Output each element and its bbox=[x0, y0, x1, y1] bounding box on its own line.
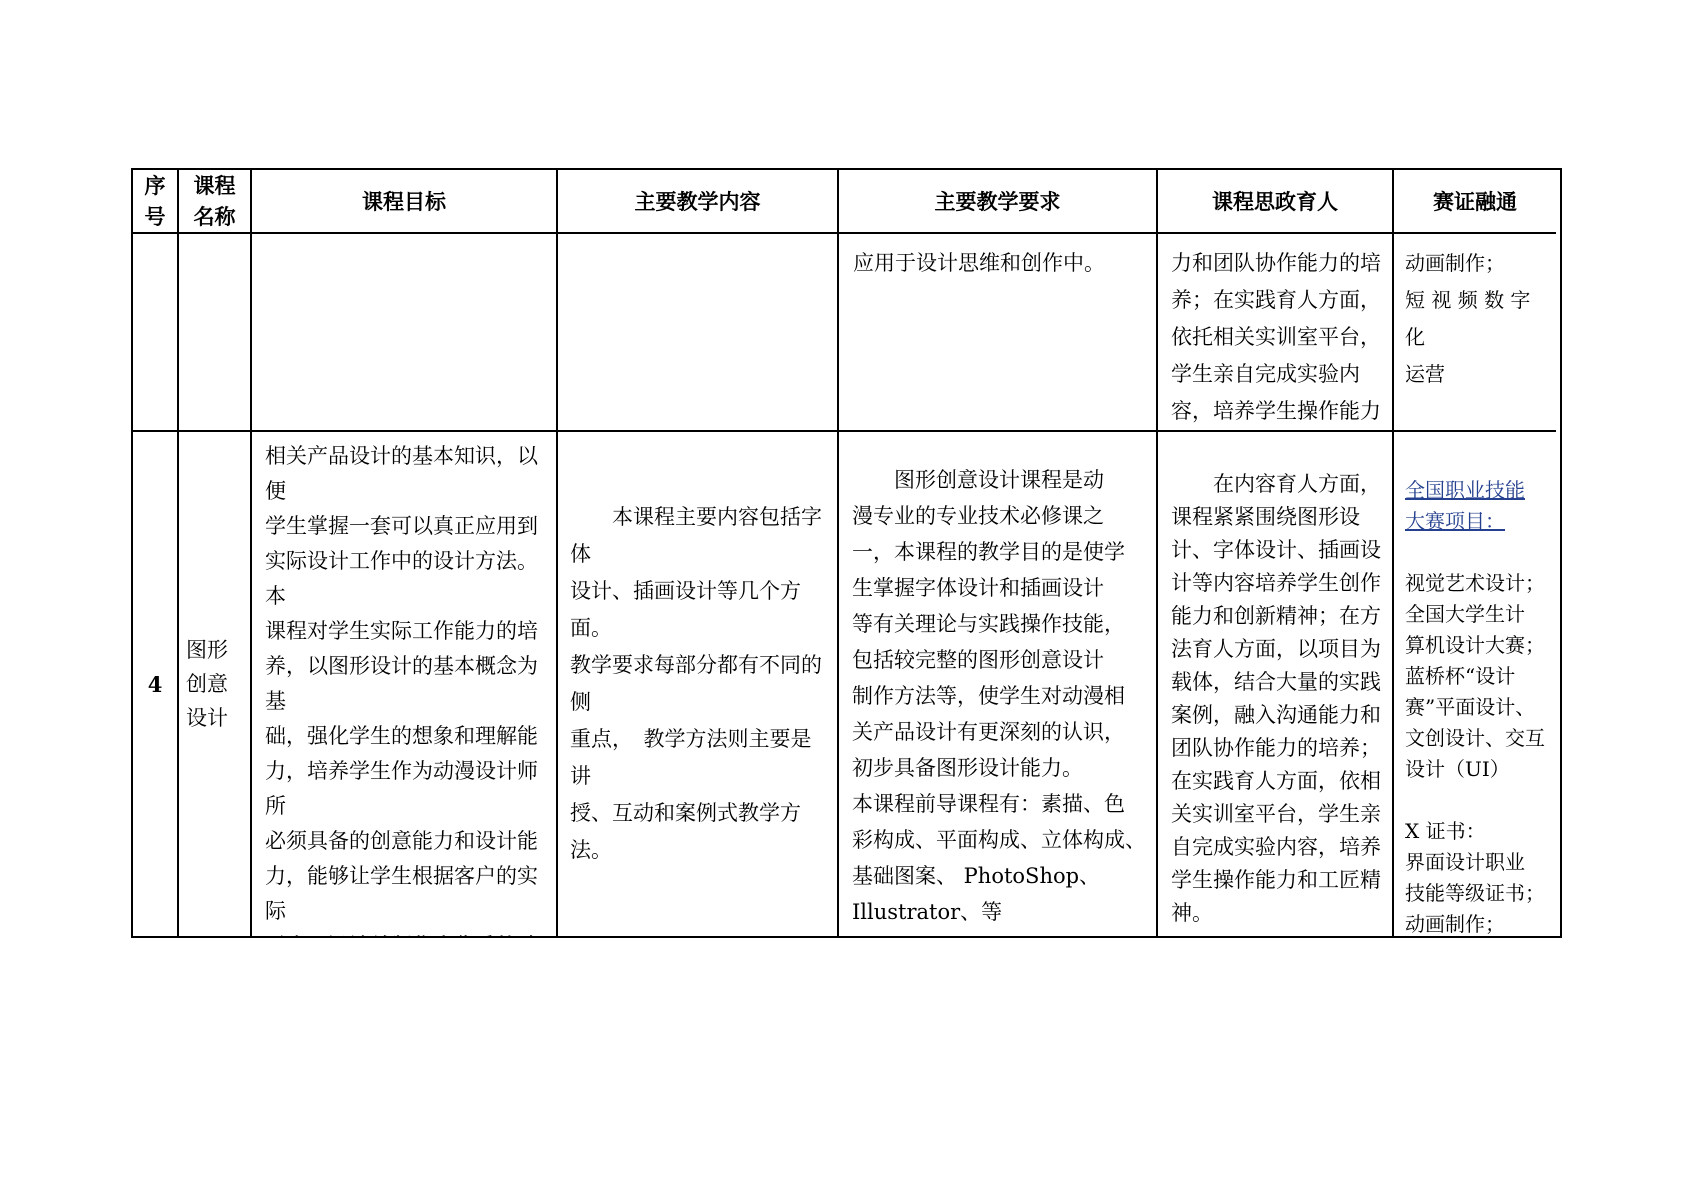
header-cert-integration: 赛证融通 bbox=[1394, 170, 1556, 234]
cell-teaching-requirements: 图形创意设计课程是动 漫专业的专业技术必修课之 一，本课程的教学目的是使学 生掌… bbox=[839, 432, 1158, 936]
table-row-continuation: 应用于设计思维和创作中。 力和团队协作能力的培 养；在实践育人方面， 依托相关实… bbox=[133, 234, 1560, 432]
course-table: 序 号 课程 名称 课程目标 主要教学内容 主要教学要求 课程思政育人 赛证融通… bbox=[131, 168, 1562, 938]
cell-ideology-continuation: 力和团队协作能力的培 养；在实践育人方面， 依托相关实训室平台， 学生亲自完成实… bbox=[1158, 234, 1394, 432]
header-serial-number: 序 号 bbox=[133, 170, 179, 234]
cell-certs-continuation: 动画制作； 短 视 频 数 字 化 运营 bbox=[1394, 234, 1556, 432]
cell-objective-empty bbox=[252, 234, 558, 432]
cell-ideology-education: 在内容育人方面， 课程紧紧围绕图形设 计、字体设计、插画设 计等内容培养学生创作… bbox=[1158, 432, 1394, 936]
cell-teaching-content: 本课程主要内容包括字体 设计、插画设计等几个方面。 教学要求每部分都有不同的侧 … bbox=[558, 432, 839, 936]
header-course-name: 课程 名称 bbox=[179, 170, 252, 234]
header-course-objective: 课程目标 bbox=[252, 170, 558, 234]
table-header-row: 序 号 课程 名称 课程目标 主要教学内容 主要教学要求 课程思政育人 赛证融通 bbox=[133, 170, 1560, 234]
cell-content-empty bbox=[558, 234, 839, 432]
cell-course-name: 图形 创意 设计 bbox=[179, 432, 252, 936]
cell-course-objective: 课程通过结合典型实例来 讲述字体设计、插画设计等动漫 相关产品设计的基本知识，以… bbox=[252, 432, 558, 936]
header-ideology-education: 课程思政育人 bbox=[1158, 170, 1394, 234]
cert-list-text: 视觉艺术设计； 全国大学生计 算机设计大赛； 蓝桥杯“设计 赛”平面设计、 文创… bbox=[1405, 568, 1550, 936]
table-row-course-4: 4 图形 创意 设计 课程通过结合典型实例来 讲述字体设计、插画设计等动漫 相关… bbox=[133, 432, 1560, 936]
header-teaching-content: 主要教学内容 bbox=[558, 170, 839, 234]
document-page: 序 号 课程 名称 课程目标 主要教学内容 主要教学要求 课程思政育人 赛证融通… bbox=[0, 0, 1684, 1191]
cell-name-empty bbox=[179, 234, 252, 432]
cell-serial-empty bbox=[133, 234, 179, 432]
header-teaching-requirements: 主要教学要求 bbox=[839, 170, 1158, 234]
cell-serial-number: 4 bbox=[133, 432, 179, 936]
competition-link-text[interactable]: 全国职业技能 大赛项目： bbox=[1405, 475, 1550, 537]
cell-cert-integration: 全国职业技能 大赛项目： 视觉艺术设计； 全国大学生计 算机设计大赛； 蓝桥杯“… bbox=[1394, 432, 1556, 936]
cell-requirements-continuation: 应用于设计思维和创作中。 bbox=[839, 234, 1158, 432]
